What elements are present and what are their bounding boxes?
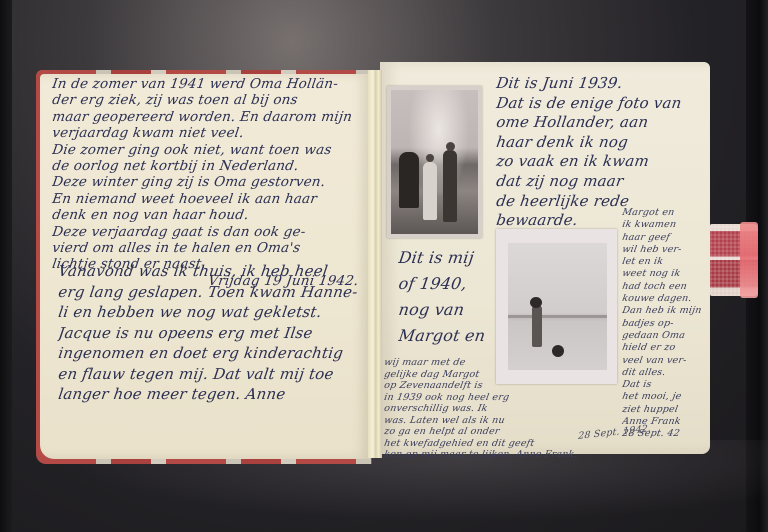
handwritten-line: Dit is mij [396, 250, 500, 276]
right-page-note-side: Margot en ik kwamen haar geef wil heb ve… [622, 208, 706, 442]
handwritten-line: ingenomen en doet erg kinderachtig [57, 346, 360, 367]
handwritten-line: ken op mij maar te lijken. Anne Frank. [383, 450, 585, 462]
handwritten-line: en flauw tegen mij. Dat valt mij toe [57, 367, 360, 388]
handwritten-line: wil heb ver- [621, 245, 707, 257]
handwritten-line: in 1939 ook nog heel erg [383, 393, 585, 405]
handwritten-line: Deze winter ging zij is Oma gestorven. [51, 176, 363, 192]
person-figure [443, 150, 457, 222]
handwritten-line: op Zevenaandelft is [383, 381, 585, 393]
person-figure [532, 305, 542, 347]
handwritten-line: dat zij nog maar [495, 174, 708, 194]
handwritten-line: langer hoe meer tegen. Anne [57, 387, 360, 408]
handwritten-line: Margot en [621, 208, 707, 220]
handwritten-line: hield er zo [621, 343, 707, 355]
handwritten-line: het mooi, je [621, 392, 707, 404]
right-page-note-bottom: wij maar met de gelijke dag Margot op Ze… [384, 358, 584, 462]
handwritten-line: haar denk ik nog [495, 135, 708, 155]
handwritten-line: ome Hollander, aan [495, 115, 708, 135]
handwritten-line: haar geef [621, 233, 707, 245]
handwritten-line: badjes op- [621, 319, 707, 331]
handwritten-line: onverschillig was. Ik [383, 404, 585, 416]
handwritten-line: veel van ver- [621, 356, 707, 368]
handwritten-line: Dit is Juni 1939. [495, 76, 708, 96]
handwritten-line: denk en nog van haar houd. [51, 209, 363, 225]
right-page-caption-mid: Dit is mij of 1940, nog van Margot en [398, 250, 498, 354]
handwritten-line: In de zomer van 1941 werd Oma Hollän- [51, 78, 363, 94]
handwritten-line: was. Laten wel als ik nu [383, 416, 585, 428]
person-head [446, 142, 455, 151]
handwritten-line: weet nog ik [621, 269, 707, 281]
handwritten-line: kouwe dagen. [621, 294, 707, 306]
handwritten-line: vierd om alles in te halen en Oma's [51, 242, 363, 258]
handwritten-line: erg lang geslapen. Toen kwam Hanne- [57, 285, 360, 306]
handwritten-line: het kwefadgehied en dit geeft [383, 439, 585, 451]
handwritten-line: gedaan Oma [621, 331, 707, 343]
handwritten-line: Margot en [396, 328, 500, 354]
handwritten-line: Jacque is nu opeens erg met Ilse [57, 326, 360, 347]
horizon-bar [508, 315, 607, 318]
handwritten-line: Dat is [621, 380, 707, 392]
handwritten-line: let en ik [621, 257, 707, 269]
left-page-entry-2: Vanavond was ik thuis, ik heb heel erg l… [58, 264, 358, 408]
handwritten-line: der erg ziek, zij was toen al bij ons [51, 94, 363, 110]
handwritten-line: verjaardag kwam niet veel. [51, 127, 363, 143]
handwritten-line: zo vaak en ik kwam [495, 154, 708, 174]
bookmark-ribbon-end [740, 222, 758, 298]
handwritten-line: En niemand weet hoeveel ik aan haar [51, 193, 363, 209]
handwritten-line: Dat is de enige foto van [495, 96, 708, 116]
handwritten-line: de oorlog net kortbij in Nederland. [51, 160, 363, 176]
person-head [530, 297, 542, 308]
handwritten-line: of 1940, [396, 276, 500, 302]
handwritten-line: Vanavond was ik thuis, ik heb heel [57, 264, 360, 285]
handwritten-line: wij maar met de [383, 358, 585, 370]
handwritten-line: had toch een [621, 282, 707, 294]
handwritten-line: ziet huppel [621, 405, 707, 417]
handwritten-line: Die zomer ging ook niet, want toen was [51, 144, 363, 160]
beach-chair [399, 152, 419, 208]
person-head [552, 345, 564, 357]
handwritten-line: dit alles. [621, 368, 707, 380]
handwritten-line: maar geopereerd worden. En daarom mijn [51, 111, 363, 127]
handwritten-line: nog van [396, 302, 500, 328]
left-page-entry: In de zomer van 1941 werd Oma Hollän- de… [52, 78, 362, 293]
handwritten-line: Deze verjaardag gaat is dan ook ge- [51, 226, 363, 242]
person-head [426, 154, 434, 162]
handwritten-line: zo ga en helpt al onder [383, 427, 585, 439]
handwritten-line: li en hebben we nog wat gekletst. [57, 305, 360, 326]
handwritten-line: ik kwamen [621, 220, 707, 232]
book-spine [368, 70, 382, 458]
photo-family-beach [387, 86, 482, 238]
handwritten-line: gelijke dag Margot [383, 370, 585, 382]
person-figure [423, 162, 437, 220]
handwritten-line: Dan heb ik mijn [621, 306, 707, 318]
